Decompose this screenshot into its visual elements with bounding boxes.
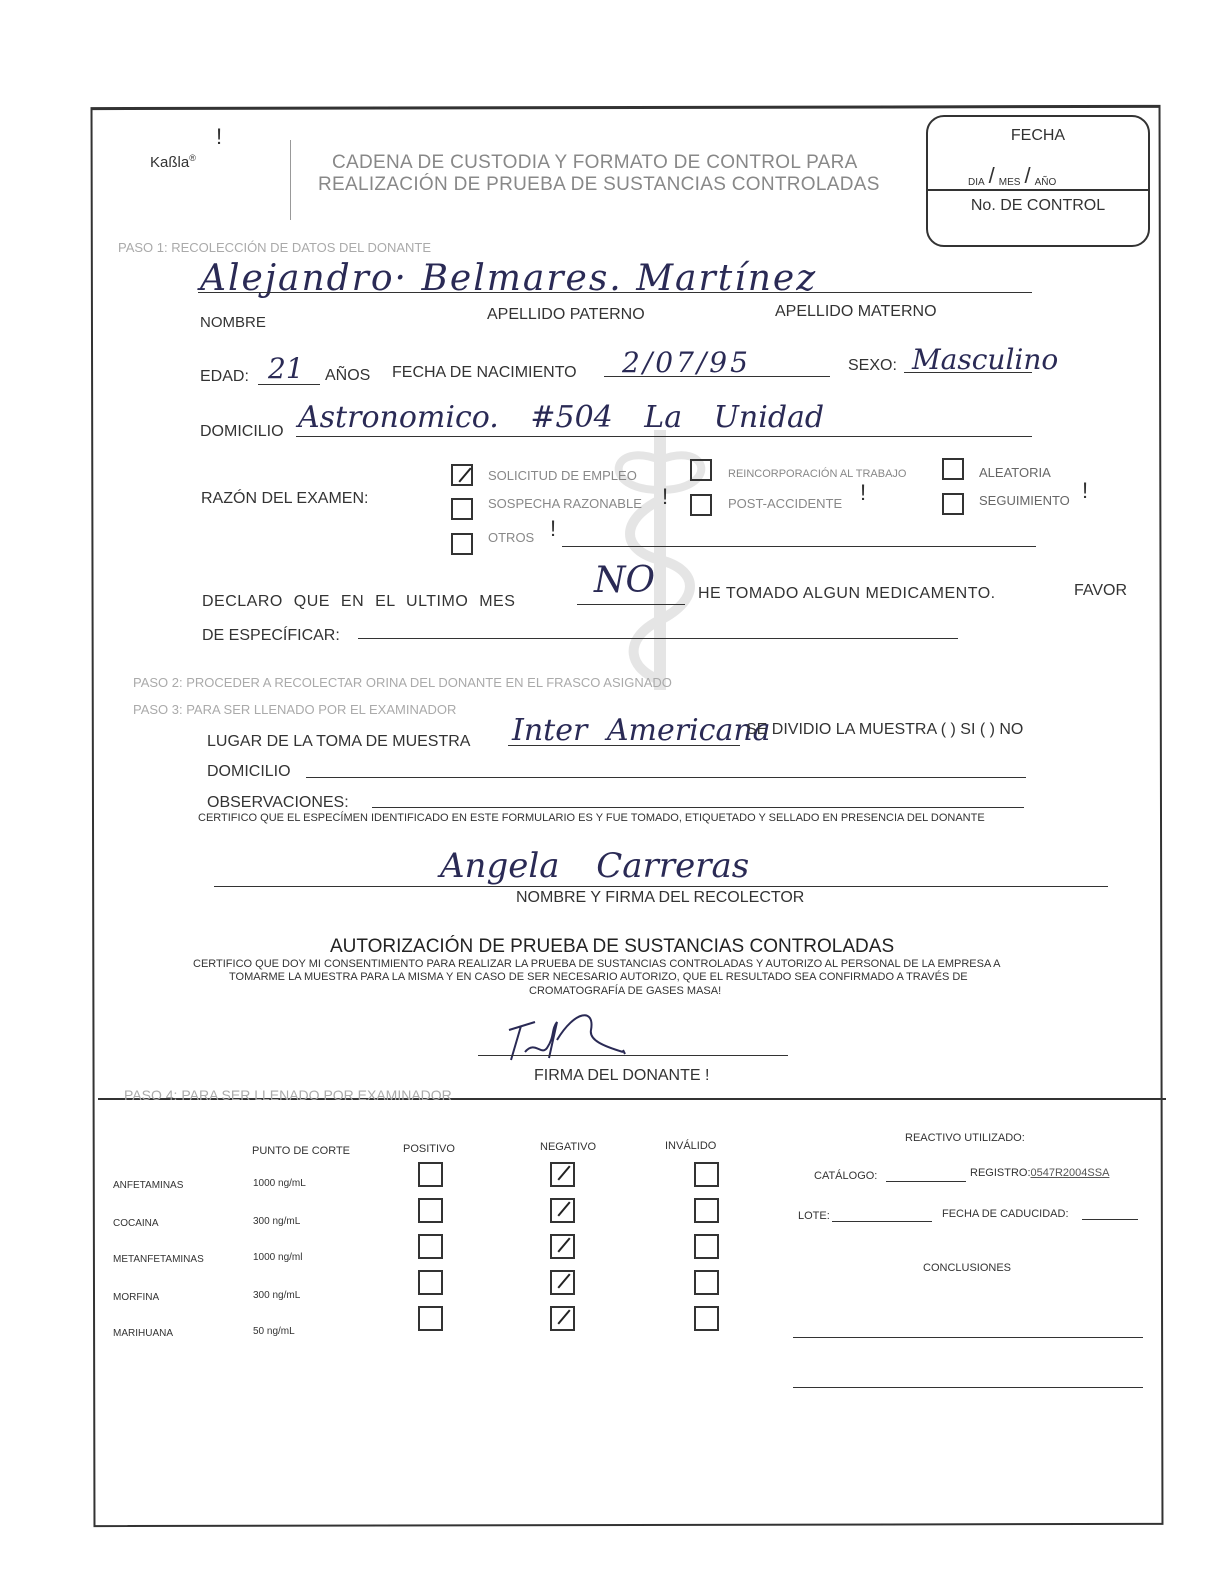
punto-corte-value: 300 ng/mL bbox=[253, 1216, 300, 1227]
razon-otros-label: OTROS bbox=[488, 530, 534, 545]
lugar-underline bbox=[508, 745, 740, 746]
dia-label: DIA bbox=[968, 177, 985, 188]
exclamation-icon: ! bbox=[550, 516, 556, 542]
declaro-underline bbox=[577, 604, 685, 605]
anio-label: AÑO bbox=[1035, 177, 1057, 188]
name-underline bbox=[198, 292, 1032, 293]
step2-heading: PASO 2: PROCEDER A RECOLECTAR ORINA DEL … bbox=[133, 675, 672, 690]
certifico-text: CERTIFICO QUE EL ESPECÍMEN IDENTIFICADO … bbox=[198, 812, 985, 824]
razon-solicitud-empleo-label: SOLICITUD DE EMPLEO bbox=[488, 468, 637, 483]
header-divider bbox=[290, 140, 291, 220]
punto-corte-value: 300 ng/mL bbox=[253, 1290, 300, 1301]
checkbox-aleatoria[interactable] bbox=[942, 458, 964, 480]
nombre-label: NOMBRE bbox=[200, 314, 266, 331]
caducidad-label: FECHA DE CADUCIDAD: bbox=[942, 1208, 1069, 1220]
checkbox-seguimiento[interactable] bbox=[942, 493, 964, 515]
razon-label: RAZÓN DEL EXAMEN: bbox=[201, 490, 368, 508]
especificar-underline[interactable] bbox=[358, 638, 958, 639]
form-title: CADENA DE CUSTODIA Y FORMATO DE CONTROL … bbox=[318, 152, 898, 196]
razon-post-accidente-label: POST-ACCIDENTE bbox=[728, 496, 842, 511]
nacimiento-label: FECHA DE NACIMIENTO bbox=[392, 364, 577, 382]
exclamation-icon: ! bbox=[662, 484, 668, 510]
punto-corte-value: 50 ng/mL bbox=[253, 1326, 295, 1337]
checkbox-invalido[interactable] bbox=[694, 1198, 719, 1223]
observaciones-underline[interactable] bbox=[372, 807, 1024, 808]
especificar-label: DE ESPECÍFICAR: bbox=[202, 627, 340, 645]
caducidad-underline[interactable] bbox=[1082, 1219, 1138, 1220]
autorizacion-line-1: CERTIFICO QUE DOY MI CONSENTIMIENTO PARA… bbox=[193, 958, 1001, 970]
brand-logo: Kaßla® bbox=[150, 153, 196, 171]
autorizacion-title: AUTORIZACIÓN DE PRUEBA DE SUSTANCIAS CON… bbox=[330, 936, 894, 958]
sustancia-label: ANFETAMINAS bbox=[113, 1180, 183, 1191]
domicilio-underline bbox=[296, 436, 1032, 437]
checkbox-negativo[interactable] bbox=[550, 1234, 575, 1259]
razon-seguimiento-label: SEGUIMIENTO bbox=[979, 493, 1070, 508]
sexo-underline bbox=[904, 372, 1032, 373]
nacimiento-value[interactable]: 2/07/95 bbox=[622, 346, 751, 379]
catalogo-label: CATÁLOGO: bbox=[814, 1170, 877, 1182]
exclamation-icon: ! bbox=[860, 480, 866, 506]
step1-heading: PASO 1: RECOLECCIÓN DE DATOS DEL DONANTE bbox=[118, 240, 431, 255]
title-line-2: REALIZACIÓN DE PRUEBA DE SUSTANCIAS CONT… bbox=[318, 174, 898, 196]
firma-donante-underline bbox=[478, 1055, 788, 1056]
date-field[interactable]: DIA/MES/AÑO bbox=[968, 163, 1056, 189]
checkbox-negativo[interactable] bbox=[550, 1162, 575, 1187]
checkbox-positivo[interactable] bbox=[418, 1234, 443, 1259]
recolector-underline bbox=[214, 886, 1108, 887]
domicilio-examinador-label: DOMICILIO bbox=[207, 763, 291, 781]
registered-mark: ® bbox=[189, 153, 196, 163]
razon-aleatoria-label: ALEATORIA bbox=[979, 465, 1051, 480]
checkbox-invalido[interactable] bbox=[694, 1234, 719, 1259]
exclamation-icon: ! bbox=[1082, 478, 1088, 504]
checkbox-sospecha-razonable[interactable] bbox=[451, 498, 473, 520]
autorizacion-line-2: TOMARME LA MUESTRA PARA LA MISMA Y EN CA… bbox=[229, 971, 968, 983]
anios-label: AÑOS bbox=[325, 367, 370, 385]
edad-underline bbox=[258, 384, 320, 385]
checkbox-positivo[interactable] bbox=[418, 1198, 443, 1223]
declaro-tail: HE TOMADO ALGUN MEDICAMENTO. bbox=[698, 585, 996, 603]
conclusiones-line-2[interactable] bbox=[793, 1387, 1143, 1388]
slash: / bbox=[989, 163, 995, 188]
sustancia-label: METANFETAMINAS bbox=[113, 1254, 204, 1265]
checkbox-positivo[interactable] bbox=[418, 1306, 443, 1331]
razon-sospecha-label: SOSPECHA RAZONABLE bbox=[488, 496, 642, 511]
otros-underline[interactable] bbox=[562, 546, 1036, 547]
step4-heading: PASO 4: PARA SER LLENADO POR EXAMINADOR bbox=[124, 1087, 452, 1103]
checkbox-reincorporacion[interactable] bbox=[690, 459, 712, 481]
control-number-field[interactable]: No. DE CONTROL bbox=[928, 197, 1148, 215]
sustancia-label: MARIHUANA bbox=[113, 1328, 173, 1339]
checkbox-post-accidente[interactable] bbox=[690, 494, 712, 516]
catalogo-underline[interactable] bbox=[886, 1181, 966, 1182]
apellido-paterno-label: APELLIDO PATERNO bbox=[487, 306, 645, 324]
edad-value[interactable]: 21 bbox=[268, 352, 304, 385]
checkbox-negativo[interactable] bbox=[550, 1306, 575, 1331]
firma-donante-label: FIRMA DEL DONANTE ! bbox=[534, 1067, 709, 1085]
domicilio-value[interactable]: Astronomico. #504 La Unidad bbox=[298, 400, 824, 435]
step3-heading: PASO 3: PARA SER LLENADO POR EL EXAMINAD… bbox=[133, 702, 456, 717]
favor-label: FAVOR bbox=[1074, 582, 1127, 600]
exclamation-icon: ! bbox=[216, 124, 222, 150]
donor-signature[interactable] bbox=[495, 1000, 635, 1070]
apellido-materno-label: APELLIDO MATERNO bbox=[775, 303, 937, 321]
checkbox-solicitud-empleo[interactable] bbox=[451, 464, 473, 486]
col-punto-corte: PUNTO DE CORTE bbox=[252, 1145, 350, 1157]
sustancia-label: COCAINA bbox=[113, 1218, 159, 1229]
fecha-label: FECHA bbox=[928, 127, 1148, 145]
lote-label: LOTE: bbox=[798, 1210, 830, 1222]
checkbox-negativo[interactable] bbox=[550, 1270, 575, 1295]
registro-field: REGISTRO:0547R2004SSA bbox=[970, 1167, 1109, 1179]
conclusiones-label: CONCLUSIONES bbox=[923, 1262, 1011, 1274]
lugar-value[interactable]: Inter Americana bbox=[512, 713, 771, 748]
reactivo-label: REACTIVO UTILIZADO: bbox=[905, 1132, 1025, 1144]
col-invalido: INVÁLIDO bbox=[665, 1140, 716, 1152]
checkbox-otros[interactable] bbox=[451, 533, 473, 555]
lote-underline[interactable] bbox=[832, 1221, 932, 1222]
mes-label: MES bbox=[999, 177, 1021, 188]
checkbox-negativo[interactable] bbox=[550, 1198, 575, 1223]
sexo-label: SEXO: bbox=[848, 357, 897, 375]
lugar-label: LUGAR DE LA TOMA DE MUESTRA bbox=[207, 733, 470, 751]
edad-label: EDAD: bbox=[200, 368, 249, 386]
declaro-label: DECLARO QUE EN EL ULTIMO MES bbox=[202, 593, 515, 611]
slash: / bbox=[1024, 163, 1030, 188]
registro-label: REGISTRO: bbox=[970, 1167, 1031, 1179]
checkbox-invalido[interactable] bbox=[694, 1270, 719, 1295]
col-negativo: NEGATIVO bbox=[540, 1141, 596, 1153]
recolector-label: NOMBRE Y FIRMA DEL RECOLECTOR bbox=[516, 889, 804, 907]
checkbox-positivo[interactable] bbox=[418, 1162, 443, 1187]
logo-text: Kaßla bbox=[150, 154, 189, 171]
box-separator bbox=[928, 189, 1148, 191]
title-line-1: CADENA DE CUSTODIA Y FORMATO DE CONTROL … bbox=[318, 152, 898, 174]
recolector-signature[interactable]: Angela Carreras bbox=[440, 846, 749, 886]
observaciones-label: OBSERVACIONES: bbox=[207, 794, 349, 812]
checkbox-invalido[interactable] bbox=[694, 1306, 719, 1331]
dividio-label[interactable]: SE DIVIDIO LA MUESTRA ( ) SI ( ) NO bbox=[746, 721, 1023, 739]
checkbox-positivo[interactable] bbox=[418, 1270, 443, 1295]
nacimiento-underline bbox=[604, 376, 830, 377]
date-control-box: FECHA DIA/MES/AÑO No. DE CONTROL bbox=[926, 115, 1150, 247]
domicilio-examinador-underline[interactable] bbox=[306, 777, 1026, 778]
col-positivo: POSITIVO bbox=[403, 1143, 455, 1155]
domicilio-label: DOMICILIO bbox=[200, 423, 284, 441]
checkbox-invalido[interactable] bbox=[694, 1162, 719, 1187]
conclusiones-line-1[interactable] bbox=[793, 1337, 1143, 1338]
declaro-value[interactable]: NO bbox=[594, 560, 655, 601]
razon-reincorporacion-label: REINCORPORACIÓN AL TRABAJO bbox=[728, 468, 906, 480]
sustancia-label: MORFINA bbox=[113, 1292, 159, 1303]
punto-corte-value: 1000 ng/mL bbox=[253, 1178, 306, 1189]
autorizacion-line-3: CROMATOGRAFÍA DE GASES MASA! bbox=[529, 985, 721, 997]
punto-corte-value: 1000 ng/ml bbox=[253, 1252, 302, 1263]
registro-value: 0547R2004SSA bbox=[1031, 1167, 1110, 1179]
